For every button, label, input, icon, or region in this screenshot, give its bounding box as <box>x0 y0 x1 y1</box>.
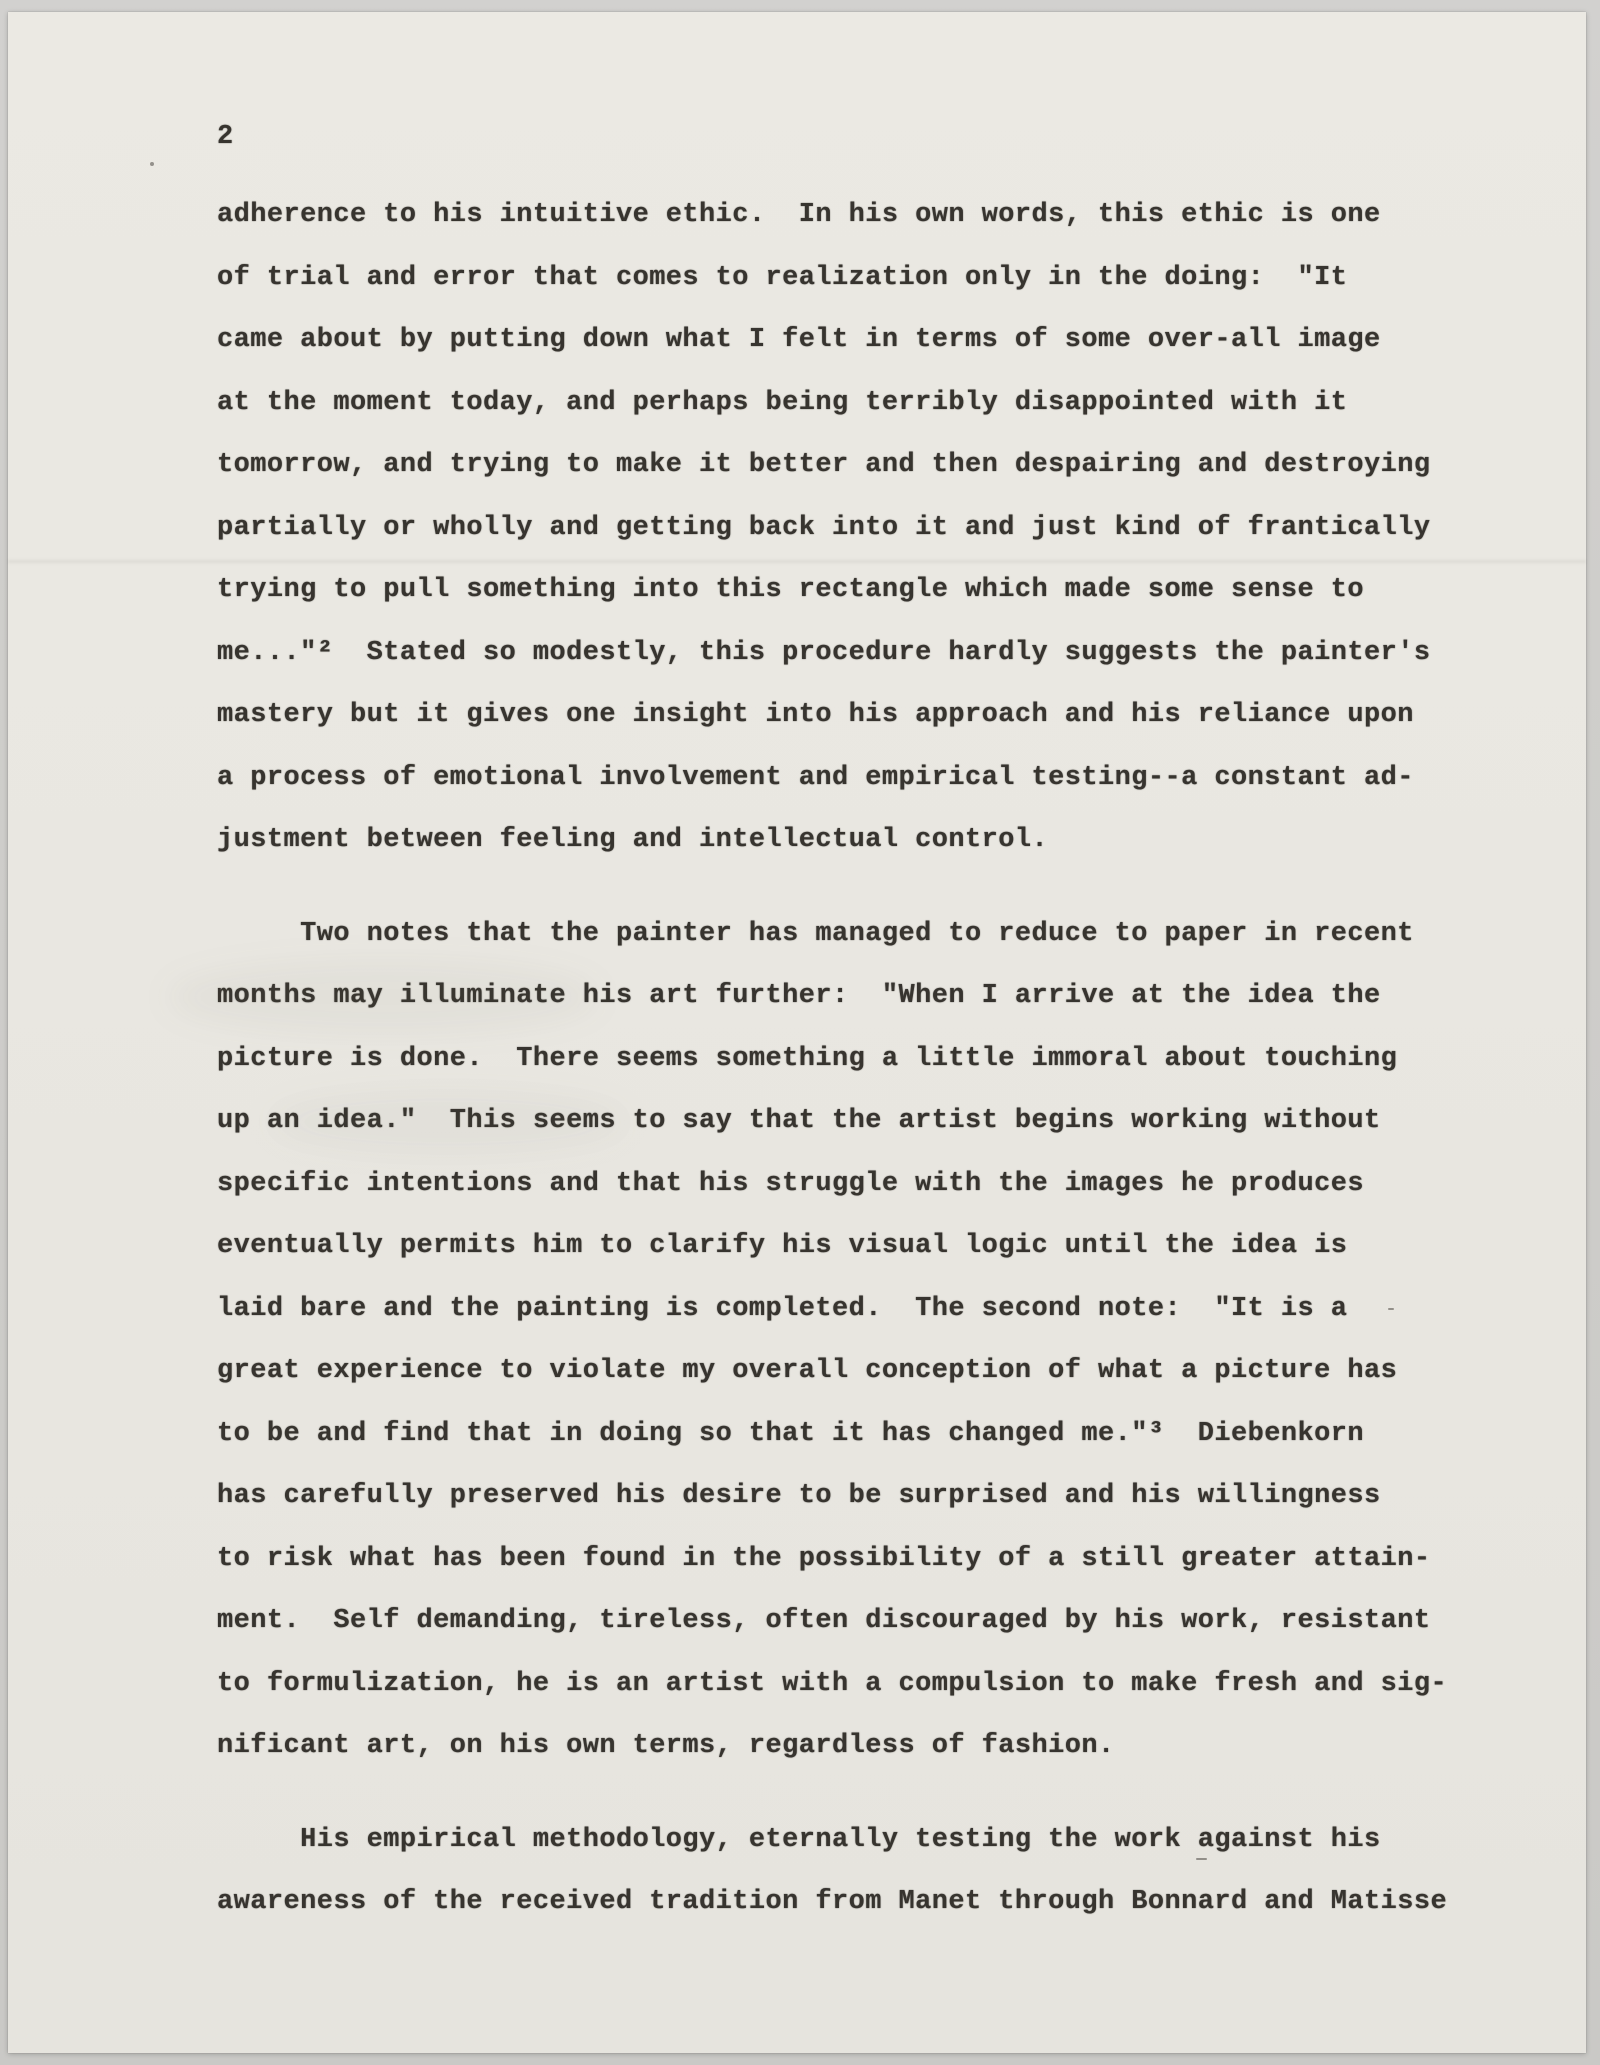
page-number: 2 <box>217 122 234 152</box>
text-line: nificant art, on his own terms, regardle… <box>217 1715 1497 1778</box>
text-line: His empirical methodology, eternally tes… <box>217 1809 1497 1872</box>
text-line: ment. Self demanding, tireless, often di… <box>217 1590 1497 1653</box>
text-line: laid bare and the painting is completed.… <box>217 1278 1497 1341</box>
text-line: adherence to his intuitive ethic. In his… <box>217 184 1497 247</box>
ink-speck <box>1388 1308 1394 1310</box>
text-line: picture is done. There seems something a… <box>217 1028 1497 1091</box>
text-line: trying to pull something into this recta… <box>217 559 1497 622</box>
ink-speck <box>150 162 154 166</box>
text-line: tomorrow, and trying to make it better a… <box>217 434 1497 497</box>
text-line: at the moment today, and perhaps being t… <box>217 372 1497 435</box>
text-line: Two notes that the painter has managed t… <box>217 903 1497 966</box>
document-page: 2 adherence to his intuitive ethic. In h… <box>8 12 1586 2053</box>
text-line: has carefully preserved his desire to be… <box>217 1465 1497 1528</box>
text-line: specific intentions and that his struggl… <box>217 1153 1497 1216</box>
paragraph-3: His empirical methodology, eternally tes… <box>217 1809 1497 1934</box>
paragraph-1: adherence to his intuitive ethic. In his… <box>217 184 1497 872</box>
text-line: awareness of the received tradition from… <box>217 1871 1497 1934</box>
text-line: to formulization, he is an artist with a… <box>217 1653 1497 1716</box>
text-line: to be and find that in doing so that it … <box>217 1403 1497 1466</box>
text-line: of trial and error that comes to realiza… <box>217 247 1497 310</box>
text-line: me..."² Stated so modestly, this procedu… <box>217 622 1497 685</box>
text-line: came about by putting down what I felt i… <box>217 309 1497 372</box>
text-line: great experience to violate my overall c… <box>217 1340 1497 1403</box>
text-line: mastery but it gives one insight into hi… <box>217 684 1497 747</box>
text-line: partially or wholly and getting back int… <box>217 497 1497 560</box>
show-through-smudge <box>168 962 598 1032</box>
paper-crease <box>8 560 1586 563</box>
text-line: eventually permits him to clarify his vi… <box>217 1215 1497 1278</box>
ink-speck <box>1196 1858 1207 1860</box>
text-line: a process of emotional involvement and e… <box>217 747 1497 810</box>
show-through-smudge <box>268 1092 628 1152</box>
paragraph-2: Two notes that the painter has managed t… <box>217 903 1497 1778</box>
scan-background: 2 adherence to his intuitive ethic. In h… <box>0 0 1600 2065</box>
text-line: justment between feeling and intellectua… <box>217 809 1497 872</box>
text-line: to risk what has been found in the possi… <box>217 1528 1497 1591</box>
typed-text-block: adherence to his intuitive ethic. In his… <box>217 184 1497 1965</box>
